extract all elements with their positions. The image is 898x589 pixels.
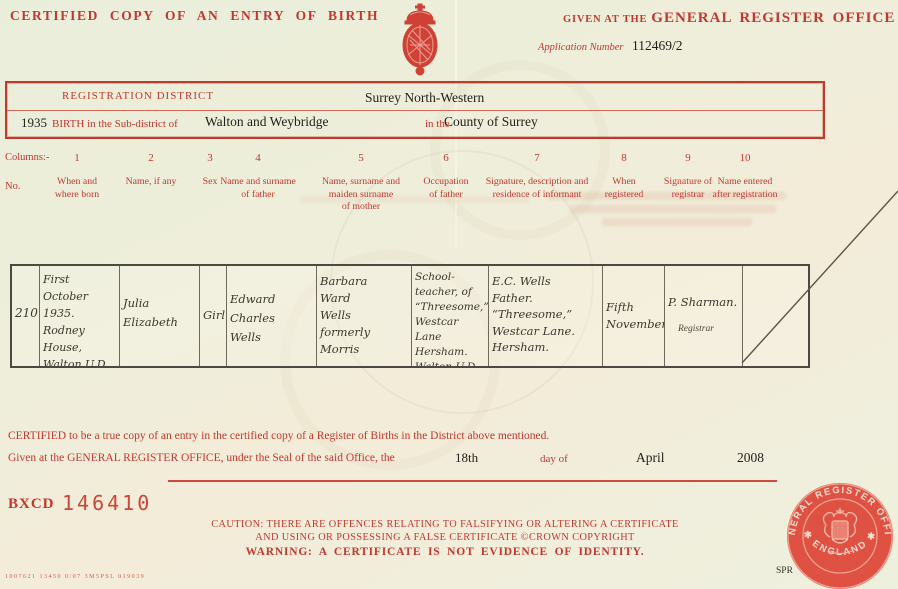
sex-cell: Girl	[200, 266, 227, 366]
informant-text: E.C. Wells Father. “Threesome,” Westcar …	[492, 273, 599, 356]
occupation-text: School- teacher, of “Threesome,” Westcar…	[415, 270, 485, 366]
column-heading-4: 4Name and surname of father	[208, 152, 308, 201]
bleedthrough-text	[602, 218, 752, 226]
county-value: County of Surrey	[444, 114, 538, 130]
when-where-born-text: First October 1935. Rodney House, Walton…	[43, 271, 116, 366]
registration-district-box: REGISTRATION DISTRICT Surrey North-Weste…	[5, 81, 825, 139]
no-column-label: No.	[5, 181, 20, 192]
royal-crest-icon	[394, 3, 446, 77]
registrar-signature-cell: P. Sharman. Registrar	[665, 266, 743, 366]
name-cell: Julia Elizabeth	[120, 266, 200, 366]
mother-text: Barbara Ward Wells formerly Morris	[320, 273, 408, 358]
serial-prefix: BXCD	[8, 496, 55, 513]
issue-day: 18th	[455, 450, 478, 466]
red-rule	[168, 480, 777, 482]
box-divider	[7, 110, 823, 111]
given-at-statement: Given at the GENERAL REGISTER OFFICE, un…	[8, 452, 395, 464]
gro-header: GIVEN AT THE GENERAL REGISTER OFFICE	[563, 9, 895, 27]
warning-text: WARNING: A CERTIFICATE IS NOT EVIDENCE O…	[160, 546, 730, 558]
father-text: Edward Charles Wells	[230, 290, 313, 347]
column-heading-1: 1When and where born	[37, 152, 117, 201]
registration-district-value: Surrey North-Western	[365, 90, 484, 106]
application-number-value: 112469/2	[632, 38, 683, 54]
column-heading-8: 8When registered	[594, 152, 654, 201]
day-of-label: day of	[540, 453, 568, 465]
registration-district-label: REGISTRATION DISTRICT	[62, 90, 214, 102]
when-where-born-cell: First October 1935. Rodney House, Walton…	[40, 266, 120, 366]
registered-year: 193 5.	[606, 364, 661, 366]
entry-number-cell: 210	[12, 266, 40, 366]
when-registered-cell: Fifth November 193 5.	[603, 266, 665, 366]
caution-text: CAUTION: THERE ARE OFFENCES RELATING TO …	[160, 519, 730, 544]
registration-year: 1935	[21, 115, 47, 131]
gro-seal-icon: GENERAL REGISTER OFFICE ✱ ENGLAND ✱	[782, 481, 898, 589]
column-heading-2: 2Name, if any	[111, 152, 191, 189]
year-handwritten: 5.	[625, 365, 636, 366]
issue-year: 2008	[737, 450, 764, 466]
caution-line-1: CAUTION: THERE ARE OFFENCES RELATING TO …	[211, 519, 678, 530]
caution-line-2: AND USING OR POSSESSING A FALSE CERTIFIC…	[255, 532, 634, 543]
when-registered-text: Fifth November	[606, 299, 661, 333]
name-after-registration-cell	[743, 266, 808, 366]
serial-number: 146410	[62, 491, 152, 515]
subdistrict-value: Walton and Weybridge	[205, 114, 329, 130]
office-name: GENERAL REGISTER OFFICE	[651, 10, 895, 26]
birth-certificate: CERTIFIED COPY OF AN ENTRY OF BIRTH GIVE…	[0, 0, 898, 589]
registrar-signature-text: P. Sharman.	[668, 295, 739, 309]
certified-statement: CERTIFIED to be a true copy of an entry …	[8, 430, 549, 442]
father-cell: Edward Charles Wells	[227, 266, 317, 366]
occupation-cell: School- teacher, of “Threesome,” Westcar…	[412, 266, 489, 366]
print-code: 1007621 13450 0/07 3M5PSL 019039	[5, 574, 145, 580]
mother-cell: Barbara Ward Wells formerly Morris	[317, 266, 412, 366]
column-heading-5: 5Name, surname and maiden surname of mot…	[303, 152, 419, 214]
column-heading-7: 7Signature, description and residence of…	[465, 152, 609, 201]
registrar-printed-label: Registrar	[668, 324, 739, 334]
sex-text: Girl	[203, 308, 223, 322]
bleedthrough-text	[570, 205, 776, 213]
birth-subdistrict-label: BIRTH in the Sub-district of	[52, 118, 178, 130]
column-heading-10: 10Name entered after registration	[693, 152, 797, 201]
application-number-label: Application Number	[538, 42, 623, 53]
issue-month: April	[636, 450, 665, 466]
page-title: CERTIFIED COPY OF AN ENTRY OF BIRTH	[10, 8, 379, 24]
given-at-label: GIVEN AT THE	[563, 14, 647, 25]
name-text: Julia Elizabeth	[123, 294, 196, 332]
informant-cell: E.C. Wells Father. “Threesome,” Westcar …	[489, 266, 603, 366]
register-entry-table: 210 First October 1935. Rodney House, Wa…	[10, 264, 810, 368]
